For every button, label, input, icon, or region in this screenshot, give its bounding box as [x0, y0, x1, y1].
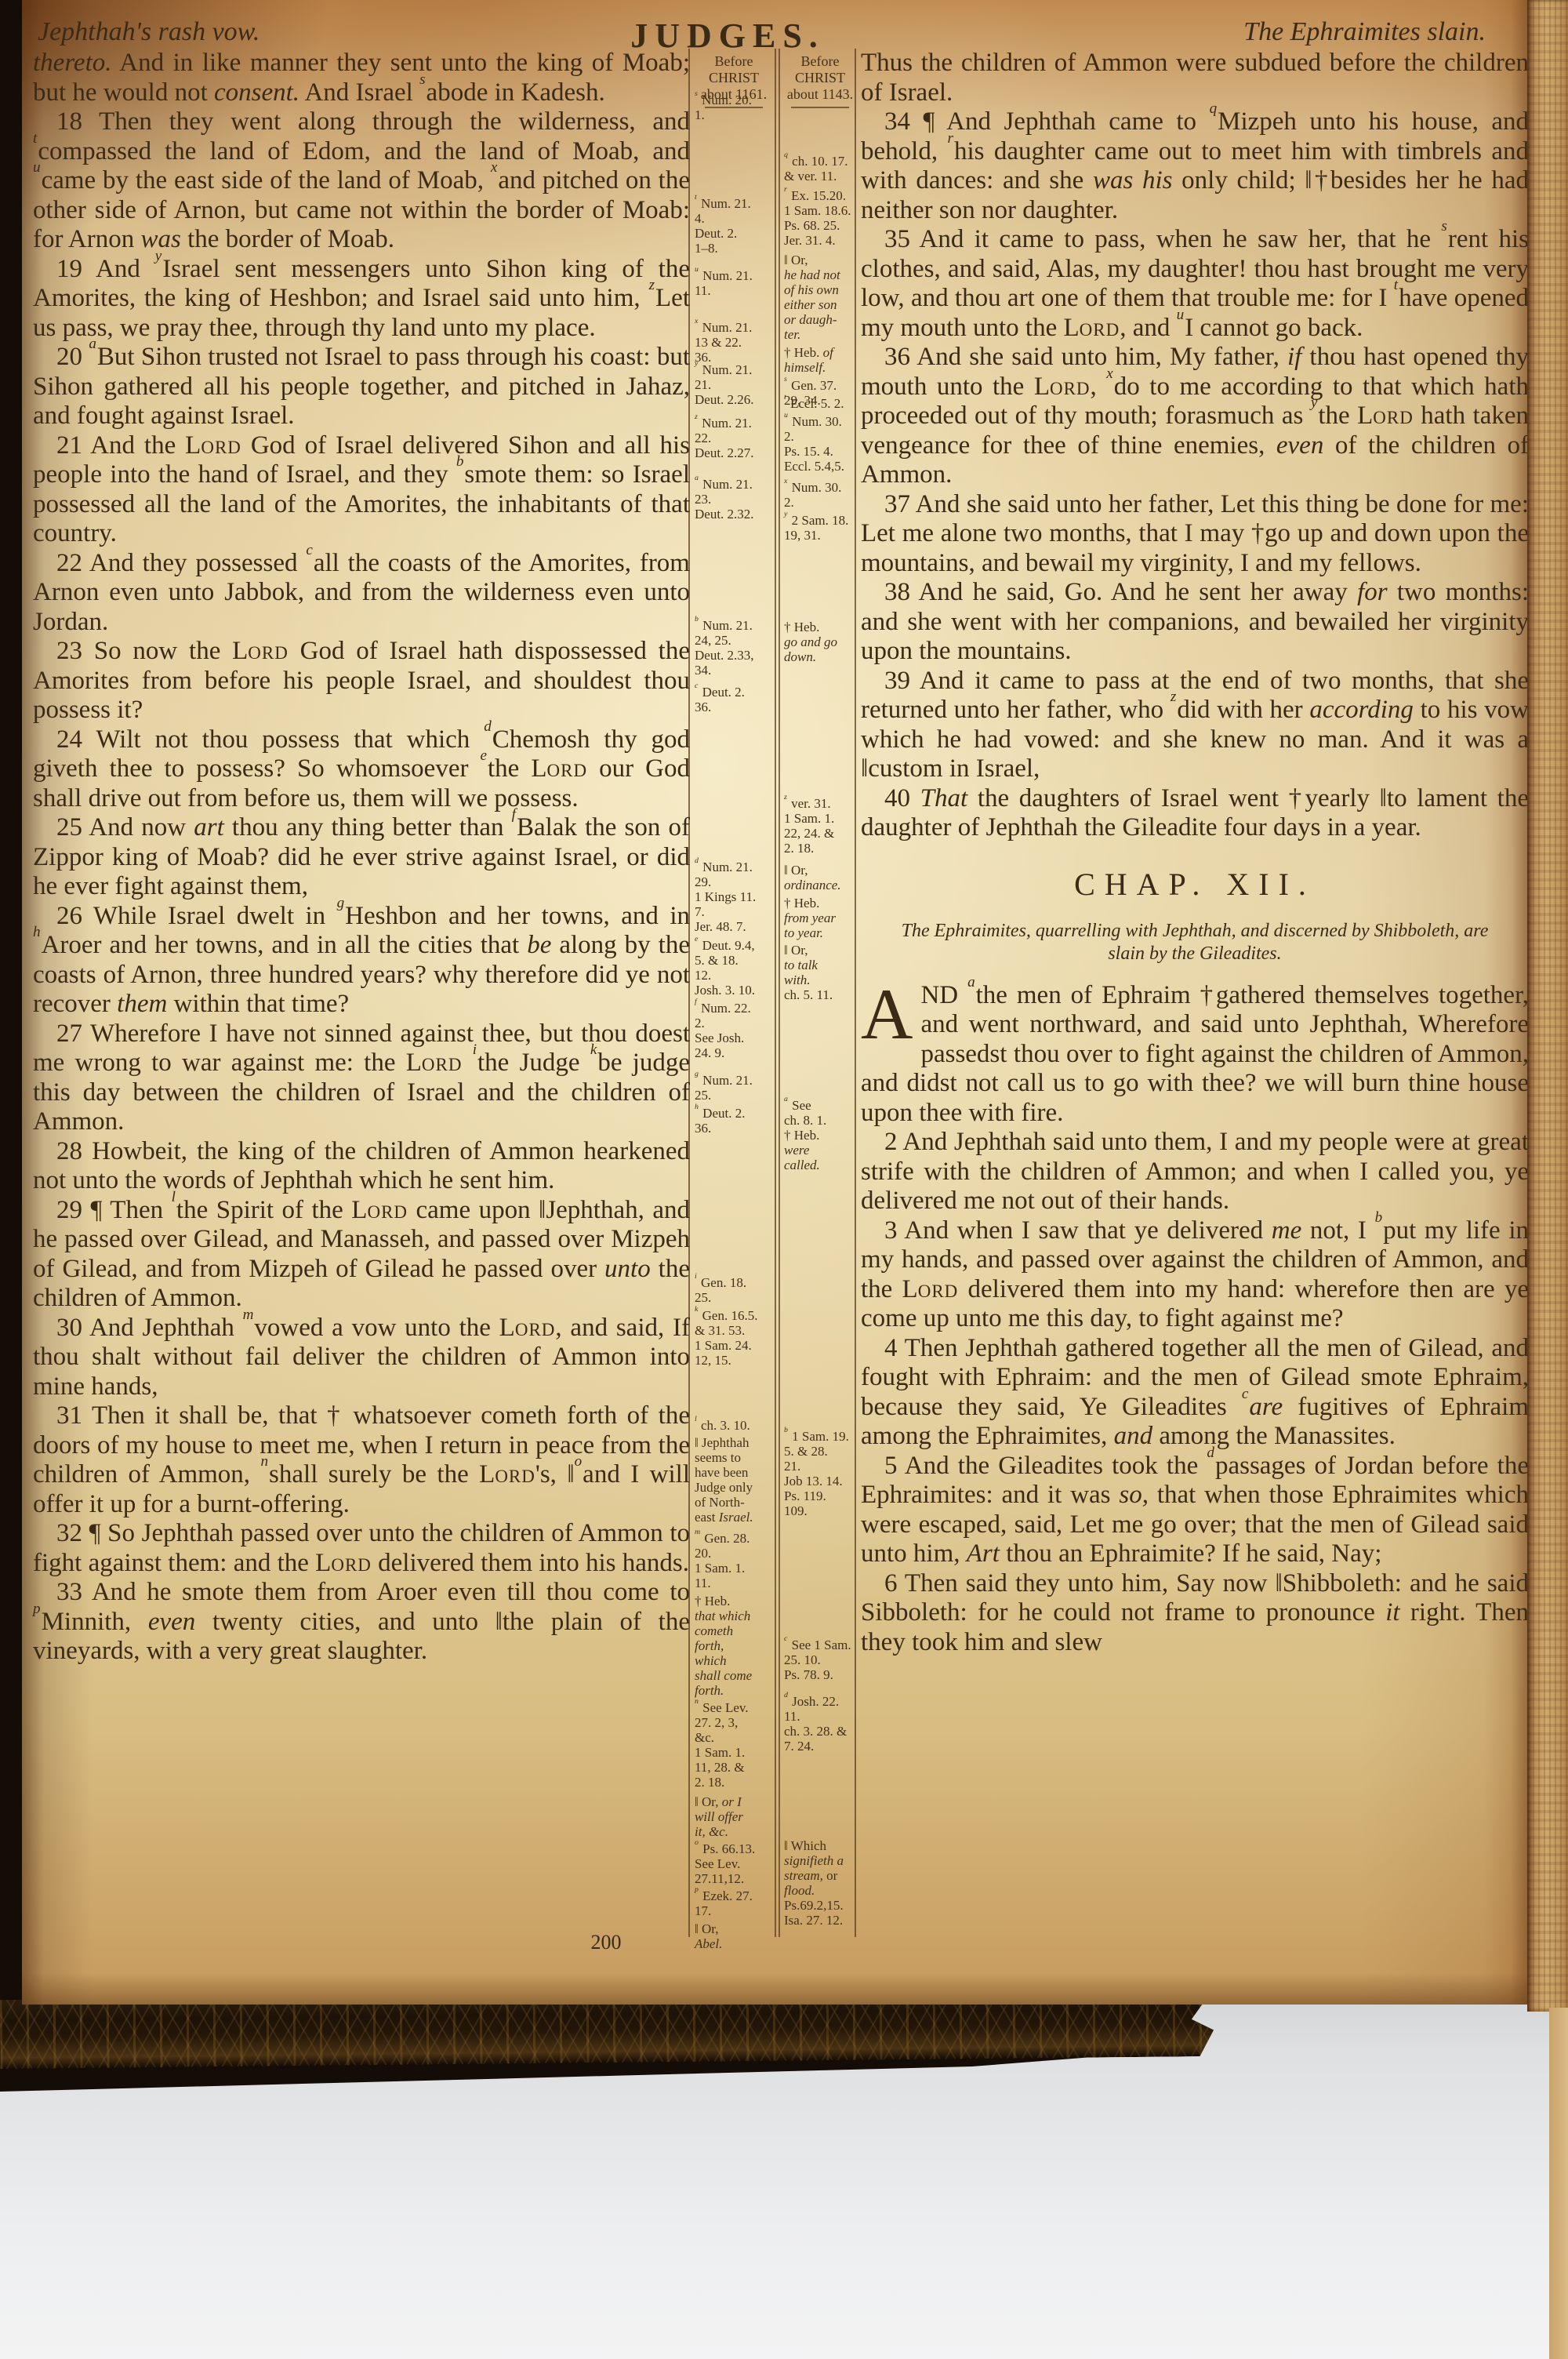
- verse-paragraph: 33 And he smote them from Aroer even til…: [33, 1578, 690, 1667]
- verse-paragraph: 21 And the Lord God of Israel delivered …: [33, 431, 690, 549]
- margin-reference: q ch. 10. 17.& ver. 11.: [784, 154, 856, 184]
- fore-edge-pages: [1527, 0, 1568, 2012]
- margin-reference: o Ps. 66.13.See Lev.27.11,12.: [695, 1841, 773, 1886]
- verse-paragraph: 20 aBut Sihon trusted not Israel to pass…: [33, 343, 690, 431]
- chapter-summary: The Ephraimites, quarrelling with Jephth…: [881, 920, 1508, 965]
- verse-paragraph: 30 And Jephthah mvowed a vow unto the Lo…: [33, 1314, 690, 1402]
- verse-paragraph: 4 Then Jephthah gathered together all th…: [861, 1334, 1529, 1452]
- margin-column-right: BeforeCHRISTabout 1143. q ch. 10. 17.& v…: [784, 0, 856, 2005]
- margin-reference: b Num. 21.24, 25.Deut. 2.33,34.: [695, 618, 773, 678]
- verse-paragraph: 18 Then they went along through the wild…: [33, 107, 690, 255]
- verse-paragraph: 6 Then said they unto him, Say now ‖Shib…: [861, 1569, 1529, 1658]
- text-column-right: Thus the children of Ammon were subdued …: [861, 49, 1529, 1657]
- verse-paragraph: 39 And it came to pass at the end of two…: [861, 667, 1529, 784]
- running-head-left: Jephthah's rash vow.: [38, 17, 260, 47]
- margin-reference: † Heb.from yearto year.: [784, 896, 856, 940]
- margin-reference: t Eccl. 5. 2.: [784, 396, 856, 411]
- verse-paragraph: Thus the children of Ammon were subdued …: [861, 49, 1529, 107]
- margin-reference: n See Lev.27. 2, 3,&c.1 Sam. 1.11, 28. &…: [695, 1700, 773, 1790]
- margin-reference: z ver. 31.1 Sam. 1.22, 24. &2. 18.: [784, 796, 856, 856]
- verse-paragraph: 19 And yIsrael sent messengers unto Siho…: [33, 255, 690, 343]
- margin-reference: g Num. 21.25.: [695, 1073, 773, 1103]
- margin-reference: c Deut. 2.36.: [695, 685, 773, 714]
- verse-paragraph: 35 And it came to pass, when he saw her,…: [861, 225, 1529, 343]
- column-rule: [779, 49, 780, 1937]
- running-head-right: The Ephraimites slain.: [1243, 17, 1486, 47]
- verse-paragraph: 22 And they possessed call the coasts of…: [33, 549, 690, 638]
- margin-reference: d Num. 21.29.1 Kings 11.7.Jer. 48. 7.: [695, 860, 773, 934]
- margin-reference: a Seech. 8. 1.† Heb.werecalled.: [784, 1098, 856, 1172]
- verse-paragraph: 24 Wilt not thou possess that which dChe…: [33, 725, 690, 814]
- margin-reference: e Deut. 9.4,5. & 18.12.Josh. 3. 10.: [695, 938, 773, 998]
- margin-reference: ‖ Or,Abel.: [695, 1921, 773, 1951]
- margin-reference: ‖ Whichsignifieth astream, orflood.Ps.69…: [784, 1838, 856, 1928]
- margin-reference: u Num. 30.2.Ps. 15. 4.Eccl. 5.4,5.: [784, 414, 856, 474]
- verse-paragraph: 28 Howbeit, the king of the children of …: [33, 1137, 690, 1196]
- margin-reference: c See 1 Sam.25. 10.Ps. 78. 9.: [784, 1637, 856, 1682]
- margin-reference: l ch. 3. 10.: [695, 1418, 773, 1433]
- margin-reference: r Ex. 15.20.1 Sam. 18.6.Ps. 68. 25.Jer. …: [784, 188, 856, 248]
- margin-column-left: BeforeCHRISTabout 1161. s Num. 20.1.t Nu…: [695, 0, 773, 2005]
- margin-reference: i Gen. 18.25.: [695, 1275, 773, 1305]
- margin-reference: u Num. 21.11.: [695, 268, 773, 298]
- margin-reference: b 1 Sam. 19.5. & 28.21.Job 13. 14.Ps. 11…: [784, 1429, 856, 1518]
- margin-reference: p Ezek. 27.17.: [695, 1888, 773, 1918]
- text-column-left: thereto. And in like manner they sent un…: [33, 49, 690, 1667]
- verse-paragraph: 38 And he said, Go. And he sent her away…: [861, 578, 1529, 667]
- margin-reference: ‖ Or,he had notof his owneither sonor da…: [784, 253, 856, 342]
- verse-paragraph: 34 ¶ And Jephthah came to qMizpeh unto h…: [861, 107, 1529, 225]
- margin-reference: ‖ Or,to talkwith.ch. 5. 11.: [784, 943, 856, 1002]
- margin-reference: ‖ Or, or Iwill offerit, &c.: [695, 1794, 773, 1839]
- margin-reference: h Deut. 2.36.: [695, 1106, 773, 1136]
- margin-reference: x Num. 30.2.: [784, 480, 856, 510]
- verse-paragraph: 25 And now art thou any thing better tha…: [33, 813, 690, 902]
- margin-reference: t Num. 21.4.Deut. 2.1–8.: [695, 196, 773, 256]
- chapter-heading: CHAP. XII.: [861, 867, 1529, 903]
- verse-paragraph: 29 ¶ Then lthe Spirit of the Lord came u…: [33, 1196, 690, 1314]
- verse-paragraph: 23 So now the Lord God of Israel hath di…: [33, 637, 690, 725]
- margin-reference: y 2 Sam. 18.19, 31.: [784, 513, 856, 543]
- verse-paragraph: thereto. And in like manner they sent un…: [33, 49, 690, 107]
- verse-paragraph: AND athe men of Ephraim †gathered themse…: [861, 981, 1529, 1129]
- margin-reference: f Num. 22.2.See Josh.24. 9.: [695, 1001, 773, 1060]
- margin-reference: † Heb.go and godown.: [784, 620, 856, 664]
- margin-reference: z Num. 21.22.Deut. 2.27.: [695, 416, 773, 460]
- margin-reference: m Gen. 28.20.1 Sam. 1.11.: [695, 1531, 773, 1590]
- margin-reference: a Num. 21.23.Deut. 2.32.: [695, 477, 773, 522]
- margin-reference: y Num. 21.21.Deut. 2.26.: [695, 362, 773, 407]
- page-number: 200: [571, 1931, 641, 1954]
- margin-reference: k Gen. 16.5.& 31. 53.1 Sam. 24.12, 15.: [695, 1308, 773, 1368]
- verse-paragraph: 2 And Jephthah said unto them, I and my …: [861, 1128, 1529, 1216]
- verse-paragraph: 40 That the daughters of Israel went †ye…: [861, 784, 1529, 843]
- margin-reference: ‖ Jephthahseems tohave beenJudge onlyof …: [695, 1435, 773, 1525]
- margin-reference: d Josh. 22.11.ch. 3. 28. &7. 24.: [784, 1694, 856, 1754]
- verse-paragraph: 26 While Israel dwelt in gHeshbon and he…: [33, 902, 690, 1020]
- column-rule: [775, 49, 776, 1937]
- margin-reference: ‖ Or,ordinance.: [784, 863, 856, 892]
- fore-edge-lower: [1549, 2008, 1568, 2359]
- margin-reference: s Num. 20.1.: [695, 93, 773, 122]
- verse-paragraph: 37 And she said unto her father, Let thi…: [861, 490, 1529, 579]
- verse-paragraph: 5 And the Gileadites took the dpassages …: [861, 1452, 1529, 1569]
- margin-reference: † Heb. ofhimself.: [784, 345, 856, 375]
- verse-paragraph: 36 And she said unto him, My father, if …: [861, 343, 1529, 490]
- verse-paragraph: 31 Then it shall be, that † whatsoever c…: [33, 1401, 690, 1519]
- verse-paragraph: 3 And when I saw that ye delivered me no…: [861, 1216, 1529, 1334]
- margin-reference: † Heb.that whichcomethforth,whichshall c…: [695, 1594, 773, 1698]
- scanned-bible-page: Jephthah's rash vow. JUDGES. The Ephraim…: [0, 0, 1568, 2359]
- margin-reference: x Num. 21.13 & 22.36.: [695, 320, 773, 365]
- verse-paragraph: 32 ¶ So Jephthah passed over unto the ch…: [33, 1519, 690, 1578]
- before-christ-head-right: BeforeCHRISTabout 1143.: [784, 53, 856, 108]
- drop-cap: A: [861, 981, 920, 1042]
- page: Jephthah's rash vow. JUDGES. The Ephraim…: [22, 0, 1531, 2005]
- verse-paragraph: 27 Wherefore I have not sinned against t…: [33, 1020, 690, 1137]
